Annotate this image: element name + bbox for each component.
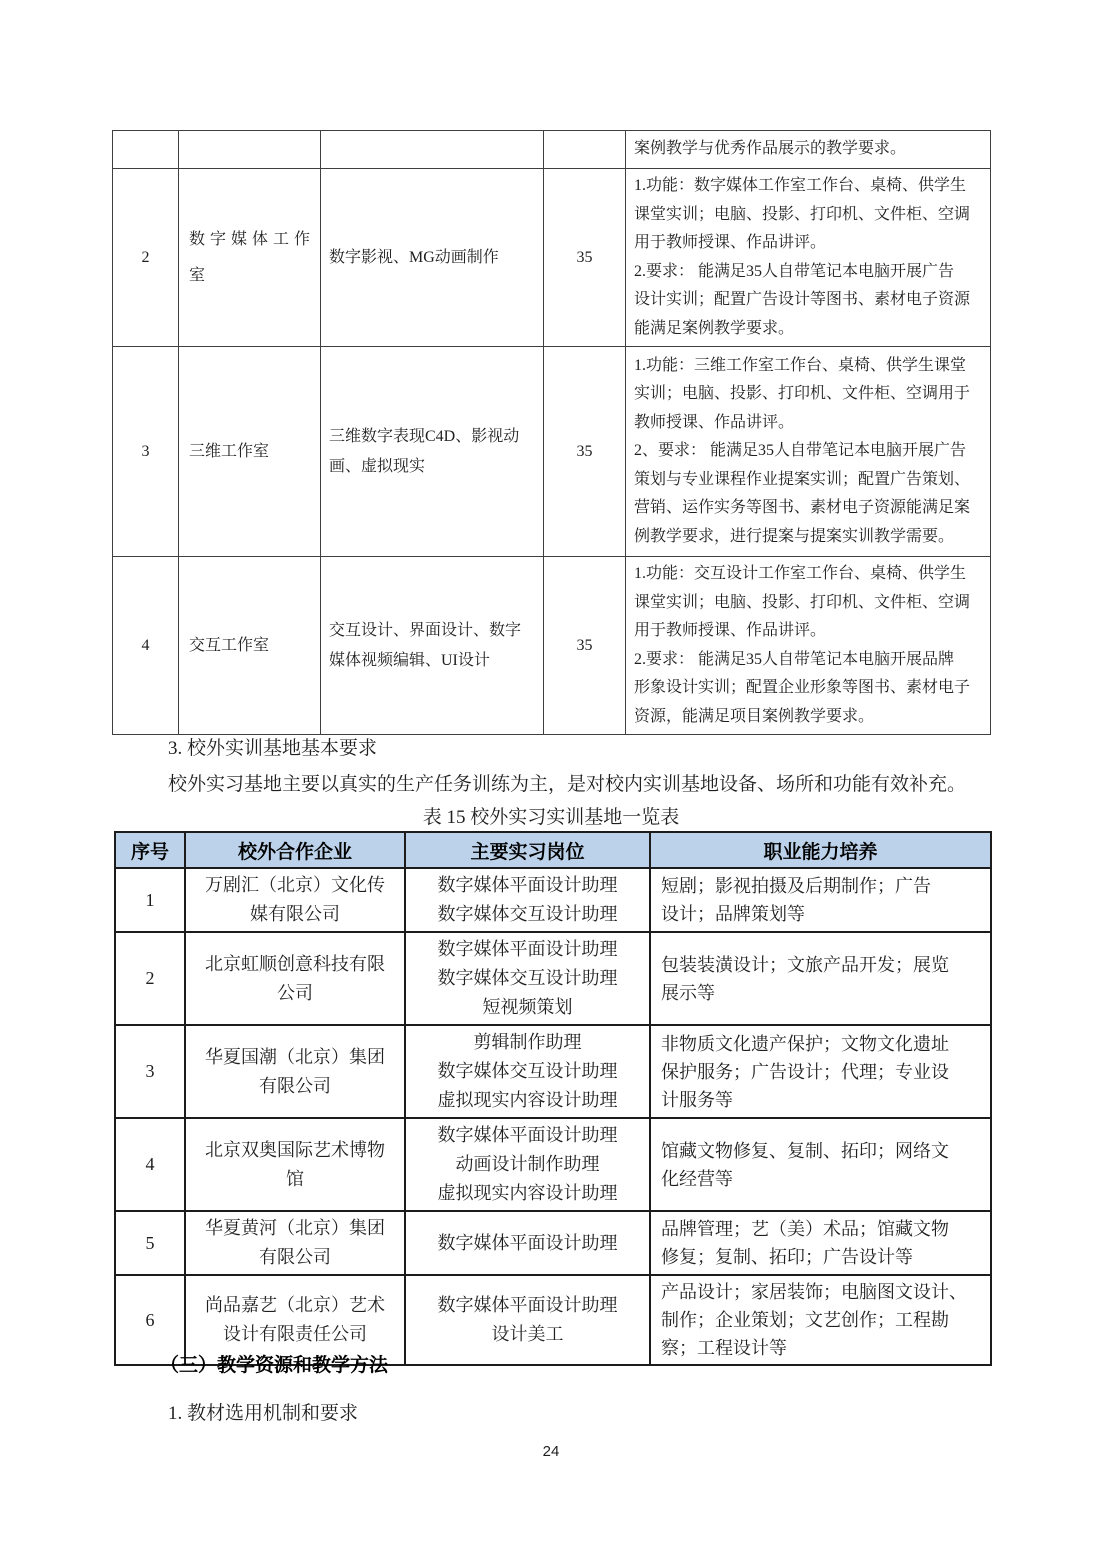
cell-positions: 数字媒体平面设计助理 bbox=[405, 1211, 650, 1275]
header-positions: 主要实习岗位 bbox=[405, 832, 650, 868]
section-heading-teaching-resources: （三）教学资源和教学方法 bbox=[160, 1350, 388, 1377]
cell-abilities: 品牌管理；艺（美）术品；馆藏文物 修复；复制、拓印；广告设计等 bbox=[650, 1211, 991, 1275]
cell-requirement: 1.功能：三维工作室工作台、桌椅、供学生课堂 实训；电脑、投影、打印机、文件柜、… bbox=[626, 347, 991, 557]
cell-empty bbox=[544, 131, 626, 169]
table15-caption: 表 15 校外实习实训基地一览表 bbox=[0, 802, 1102, 829]
campus-training-room-table: 案例教学与优秀作品展示的教学要求。 2 数字媒体工作 室 数字影视、MG动画制作… bbox=[112, 130, 991, 735]
cell-index: 3 bbox=[113, 347, 179, 557]
cell-abilities: 产品设计；家居装饰；电脑图文设计、 制作；企业策划；文艺创作；工程勘 察；工程设… bbox=[650, 1275, 991, 1365]
table15-header-row: 序号 校外合作企业 主要实习岗位 职业能力培养 bbox=[115, 832, 991, 868]
table-row-interaction-studio: 4 交互工作室 交互设计、界面设计、数字 媒体视频编辑、UI设计 35 1.功能… bbox=[113, 557, 991, 735]
table15-row: 2 北京虹顺创意科技有限 公司 数字媒体平面设计助理 数字媒体交互设计助理 短视… bbox=[115, 932, 991, 1025]
cell-company: 华夏国潮（北京）集团 有限公司 bbox=[185, 1025, 405, 1118]
cell-capacity: 35 bbox=[544, 169, 626, 347]
cell-index: 2 bbox=[113, 169, 179, 347]
cell-room-name: 数字媒体工作 室 bbox=[179, 169, 321, 347]
cell-positions: 数字媒体平面设计助理 动画设计制作助理 虚拟现实内容设计助理 bbox=[405, 1118, 650, 1211]
section-heading-off-campus: 3. 校外实训基地基本要求 bbox=[168, 733, 377, 760]
header-company: 校外合作企业 bbox=[185, 832, 405, 868]
cell-empty bbox=[113, 131, 179, 169]
table-row-3d-studio: 3 三维工作室 三维数字表现C4D、影视动 画、虚拟现实 35 1.功能：三维工… bbox=[113, 347, 991, 557]
cell-company: 北京虹顺创意科技有限 公司 bbox=[185, 932, 405, 1025]
cell-index: 4 bbox=[113, 557, 179, 735]
cell-requirement: 1.功能：交互设计工作室工作台、桌椅、供学生 课堂实训；电脑、投影、打印机、文件… bbox=[626, 557, 991, 735]
cell-index: 1 bbox=[115, 868, 185, 932]
cell-empty bbox=[321, 131, 544, 169]
sub-heading-textbook-selection: 1. 教材选用机制和要求 bbox=[168, 1398, 358, 1425]
off-campus-base-table: 序号 校外合作企业 主要实习岗位 职业能力培养 1 万剧汇（北京）文化传 媒有限… bbox=[114, 831, 992, 1366]
table15-row: 5 华夏黄河（北京）集团 有限公司 数字媒体平面设计助理 品牌管理；艺（美）术品… bbox=[115, 1211, 991, 1275]
paragraph-off-campus: 校外实习基地主要以真实的生产任务训练为主，是对校内实训基地设备、场所和功能有效补… bbox=[168, 769, 992, 796]
table15-row: 1 万剧汇（北京）文化传 媒有限公司 数字媒体平面设计助理 数字媒体交互设计助理… bbox=[115, 868, 991, 932]
cell-requirement: 案例教学与优秀作品展示的教学要求。 bbox=[626, 131, 991, 169]
cell-positions: 数字媒体平面设计助理 数字媒体交互设计助理 bbox=[405, 868, 650, 932]
cell-positions: 剪辑制作助理 数字媒体交互设计助理 虚拟现实内容设计助理 bbox=[405, 1025, 650, 1118]
table-row-carryover: 案例教学与优秀作品展示的教学要求。 bbox=[113, 131, 991, 169]
table15-row: 3 华夏国潮（北京）集团 有限公司 剪辑制作助理 数字媒体交互设计助理 虚拟现实… bbox=[115, 1025, 991, 1118]
cell-room-content: 交互设计、界面设计、数字 媒体视频编辑、UI设计 bbox=[321, 557, 544, 735]
cell-capacity: 35 bbox=[544, 347, 626, 557]
cell-company: 北京双奥国际艺术博物 馆 bbox=[185, 1118, 405, 1211]
cell-abilities: 馆藏文物修复、复制、拓印；网络文 化经营等 bbox=[650, 1118, 991, 1211]
cell-abilities: 短剧；影视拍摄及后期制作；广告 设计；品牌策划等 bbox=[650, 868, 991, 932]
page-number: 24 bbox=[0, 1443, 1102, 1460]
cell-room-name: 交互工作室 bbox=[179, 557, 321, 735]
cell-positions: 数字媒体平面设计助理 设计美工 bbox=[405, 1275, 650, 1365]
cell-room-content: 三维数字表现C4D、影视动 画、虚拟现实 bbox=[321, 347, 544, 557]
cell-index: 2 bbox=[115, 932, 185, 1025]
cell-index: 5 bbox=[115, 1211, 185, 1275]
cell-abilities: 包装装潢设计；文旅产品开发；展览 展示等 bbox=[650, 932, 991, 1025]
cell-room-content: 数字影视、MG动画制作 bbox=[321, 169, 544, 347]
document-page: 案例教学与优秀作品展示的教学要求。 2 数字媒体工作 室 数字影视、MG动画制作… bbox=[0, 0, 1102, 1559]
header-abilities: 职业能力培养 bbox=[650, 832, 991, 868]
table15-row: 4 北京双奥国际艺术博物 馆 数字媒体平面设计助理 动画设计制作助理 虚拟现实内… bbox=[115, 1118, 991, 1211]
table-row-digital-media-studio: 2 数字媒体工作 室 数字影视、MG动画制作 35 1.功能：数字媒体工作室工作… bbox=[113, 169, 991, 347]
cell-requirement: 1.功能：数字媒体工作室工作台、桌椅、供学生 课堂实训；电脑、投影、打印机、文件… bbox=[626, 169, 991, 347]
cell-abilities: 非物质文化遗产保护；文物文化遗址 保护服务；广告设计；代理；专业设 计服务等 bbox=[650, 1025, 991, 1118]
cell-company: 万剧汇（北京）文化传 媒有限公司 bbox=[185, 868, 405, 932]
cell-capacity: 35 bbox=[544, 557, 626, 735]
cell-index: 4 bbox=[115, 1118, 185, 1211]
cell-positions: 数字媒体平面设计助理 数字媒体交互设计助理 短视频策划 bbox=[405, 932, 650, 1025]
header-index: 序号 bbox=[115, 832, 185, 868]
cell-empty bbox=[179, 131, 321, 169]
cell-index: 3 bbox=[115, 1025, 185, 1118]
cell-room-name: 三维工作室 bbox=[179, 347, 321, 557]
cell-company: 华夏黄河（北京）集团 有限公司 bbox=[185, 1211, 405, 1275]
